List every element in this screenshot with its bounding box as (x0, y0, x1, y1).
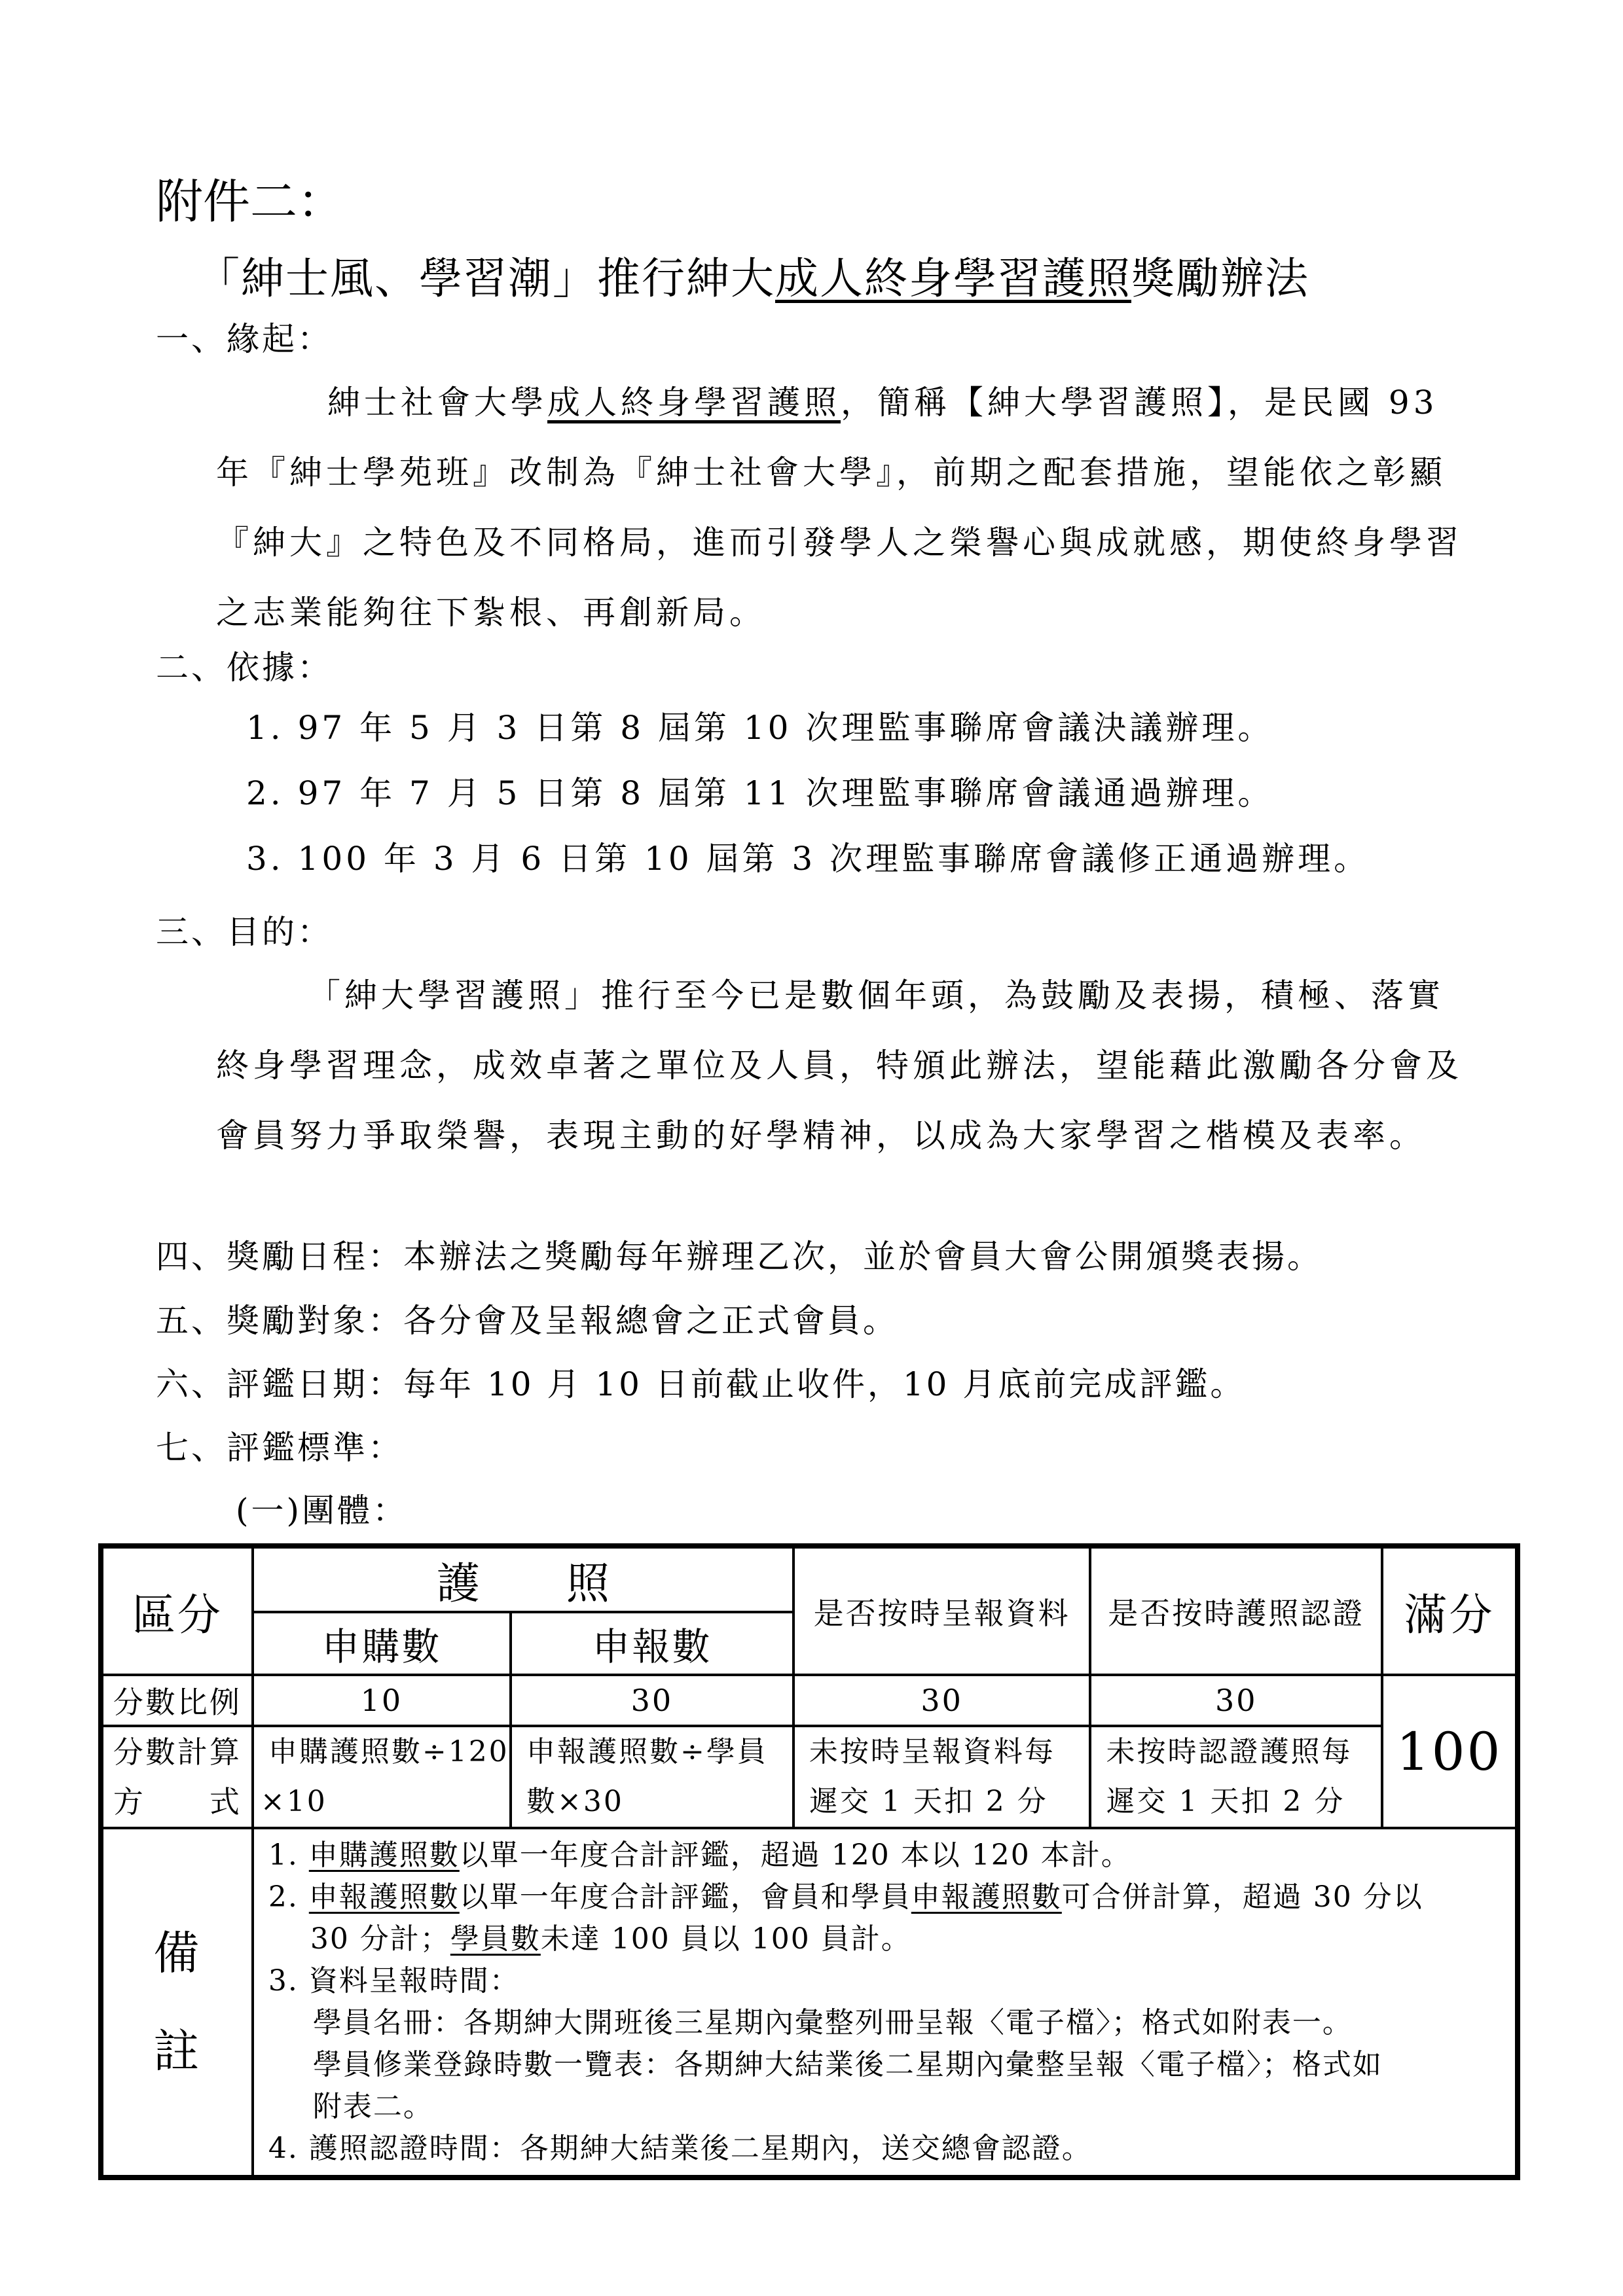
section-targets: 五、獎勵對象：各分會及呈報總會之正式會員。 (156, 1295, 898, 1342)
calc-report-line2: 數×30 (526, 1777, 792, 1827)
notes-content: 1. 申購護照數以單一年度合計評鑑，超過 120 本以 120 本計。 2. 申… (253, 1828, 1518, 2178)
calc-purchase-line2: ×10 (261, 1777, 509, 1827)
note-3a: 學員名冊：各期紳大開班後三星期內彙整列冊呈報〈電子檔〉；格式如附表一。 (268, 2002, 1502, 2044)
section-origin-heading: 一、緣起： (156, 313, 333, 360)
title-suffix: 獎勵辦法 (1131, 253, 1309, 304)
calc-purchase-line1: 申購護照數÷120 (268, 1727, 509, 1777)
evaluation-table: 區分 護 照 是否按時呈報資料 是否按時護照認證 滿分 申購數 申報數 分數比例… (98, 1543, 1520, 2180)
note-2b-rest: 未達 100 員以 100 員計。 (541, 1922, 911, 1956)
note-1: 1. 申購護照數以單一年度合計評鑑，超過 120 本以 120 本計。 (268, 1835, 1502, 1876)
attachment-label: 附件二： (156, 164, 344, 232)
note-1-underlined: 申購護照數 (309, 1839, 460, 1872)
calc-report: 申報護照數÷學員 數×30 (511, 1726, 793, 1828)
note-3c: 附表二。 (268, 2086, 1502, 2128)
note-2-continued: 30 分計；學員數未達 100 員以 100 員計。 (268, 1918, 1502, 1960)
section-basis-heading: 二、依據： (156, 641, 333, 689)
note-4: 4. 護照認證時間：各期紳大結業後二星期內，送交總會認證。 (268, 2128, 1502, 2170)
purpose-text: 「紳大學習護照」推行至今已是數個年頭，為鼓勵及表揚，積極、落實終身學習理念，成效… (216, 977, 1463, 1155)
calc-label: 分數計算 方 式 (101, 1726, 253, 1828)
section-purpose-heading: 三、目的： (156, 906, 333, 953)
notes-label-line1: 備 (103, 1904, 251, 2002)
section-criteria-heading: 七、評鑑標準： (156, 1422, 403, 1469)
calc-timely-report: 未按時呈報資料每 遲交 1 天扣 2 分 (793, 1726, 1091, 1828)
note-2b-underlined: 學員數 (450, 1922, 541, 1956)
full-score-value: 100 (1382, 1675, 1518, 1828)
ratio-report: 30 (511, 1675, 793, 1726)
ratio-timely-report: 30 (793, 1675, 1091, 1726)
origin-text-underlined: 成人終身學習護照 (547, 384, 841, 422)
calc-timely-report-line1: 未按時呈報資料每 (809, 1727, 1089, 1777)
origin-text-start: 紳士社會大學 (327, 384, 547, 422)
calc-timely-report-line2: 遲交 1 天扣 2 分 (809, 1777, 1089, 1827)
calc-report-line1: 申報護照數÷學員 (526, 1727, 792, 1777)
calc-label-line1: 分數計算 (103, 1727, 251, 1777)
note-2-underlined-2: 申報護照數 (911, 1880, 1062, 1914)
note-2-rest: 可合併計算，超過 30 分以 (1062, 1880, 1423, 1914)
note-3b: 學員修業登錄時數一覽表：各期紳大結業後二星期內彙整呈報〈電子檔〉；格式如 (268, 2044, 1502, 2086)
header-full-score: 滿分 (1382, 1546, 1518, 1675)
header-report-count: 申報數 (511, 1612, 793, 1675)
section-dates: 六、評鑑日期：每年 10 月 10 日前截止收件，10 月底前完成評鑑。 (156, 1358, 1245, 1405)
note-2-mid: 以單一年度合計評鑑，會員和學員 (460, 1880, 911, 1914)
header-category: 區分 (101, 1546, 253, 1675)
section-schedule: 四、獎勵日程：本辦法之獎勵每年辦理乙次，並於會員大會公開頒獎表揚。 (156, 1230, 1322, 1278)
calc-timely-cert-line1: 未按時認證護照每 (1106, 1727, 1381, 1777)
header-timely-report: 是否按時呈報資料 (793, 1546, 1091, 1675)
note-2-underlined: 申報護照數 (309, 1880, 460, 1914)
note-1-num: 1. (268, 1839, 309, 1872)
ratio-purchase: 10 (253, 1675, 511, 1726)
calc-label-line2: 方 式 (103, 1777, 251, 1827)
basis-item: 3. 100 年 3 月 6 日第 10 屆第 3 次理監事聯席會議修正通過辦理… (246, 833, 1370, 880)
note-3: 3. 資料呈報時間： (268, 1960, 1502, 2002)
ratio-timely-cert: 30 (1090, 1675, 1382, 1726)
note-1-rest: 以單一年度合計評鑑，超過 120 本以 120 本計。 (460, 1839, 1131, 1872)
notes-label: 備 註 (101, 1828, 253, 2178)
note-2: 2. 申報護照數以單一年度合計評鑑，會員和學員申報護照數可合併計算，超過 30 … (268, 1876, 1502, 1918)
notes-label-line2: 註 (103, 2002, 251, 2100)
note-2b-pre: 30 分計； (310, 1922, 450, 1956)
section-origin-text: 紳士社會大學成人終身學習護照，簡稱【紳大學習護照】，是民國 93 年『紳士學苑班… (216, 368, 1473, 648)
criteria-sub-heading: (一)團體： (236, 1484, 408, 1532)
header-passport: 護 照 (253, 1546, 793, 1612)
basis-item: 1. 97 年 5 月 3 日第 8 屆第 10 次理監事聯席會議決議辦理。 (246, 702, 1273, 749)
basis-item: 2. 97 年 7 月 5 日第 8 屆第 11 次理監事聯席會議通過辦理。 (246, 767, 1273, 814)
title-underlined: 成人終身學習護照 (775, 253, 1131, 304)
calc-timely-cert-line2: 遲交 1 天扣 2 分 (1106, 1777, 1381, 1827)
header-purchase-count: 申購數 (253, 1612, 511, 1675)
title-prefix: 「紳士風、學習潮」推行紳大 (196, 253, 775, 304)
ratio-label: 分數比例 (101, 1675, 253, 1726)
header-timely-cert: 是否按時護照認證 (1090, 1546, 1382, 1675)
note-2-num: 2. (268, 1880, 309, 1914)
page-title: 「紳士風、學習潮」推行紳大成人終身學習護照獎勵辦法 (196, 243, 1309, 306)
section-purpose-text: 「紳大學習護照」推行至今已是數個年頭，為鼓勵及表揚，積極、落實終身學習理念，成效… (216, 961, 1473, 1171)
calc-timely-cert: 未按時認證護照每 遲交 1 天扣 2 分 (1090, 1726, 1382, 1828)
calc-purchase: 申購護照數÷120 ×10 (253, 1726, 511, 1828)
